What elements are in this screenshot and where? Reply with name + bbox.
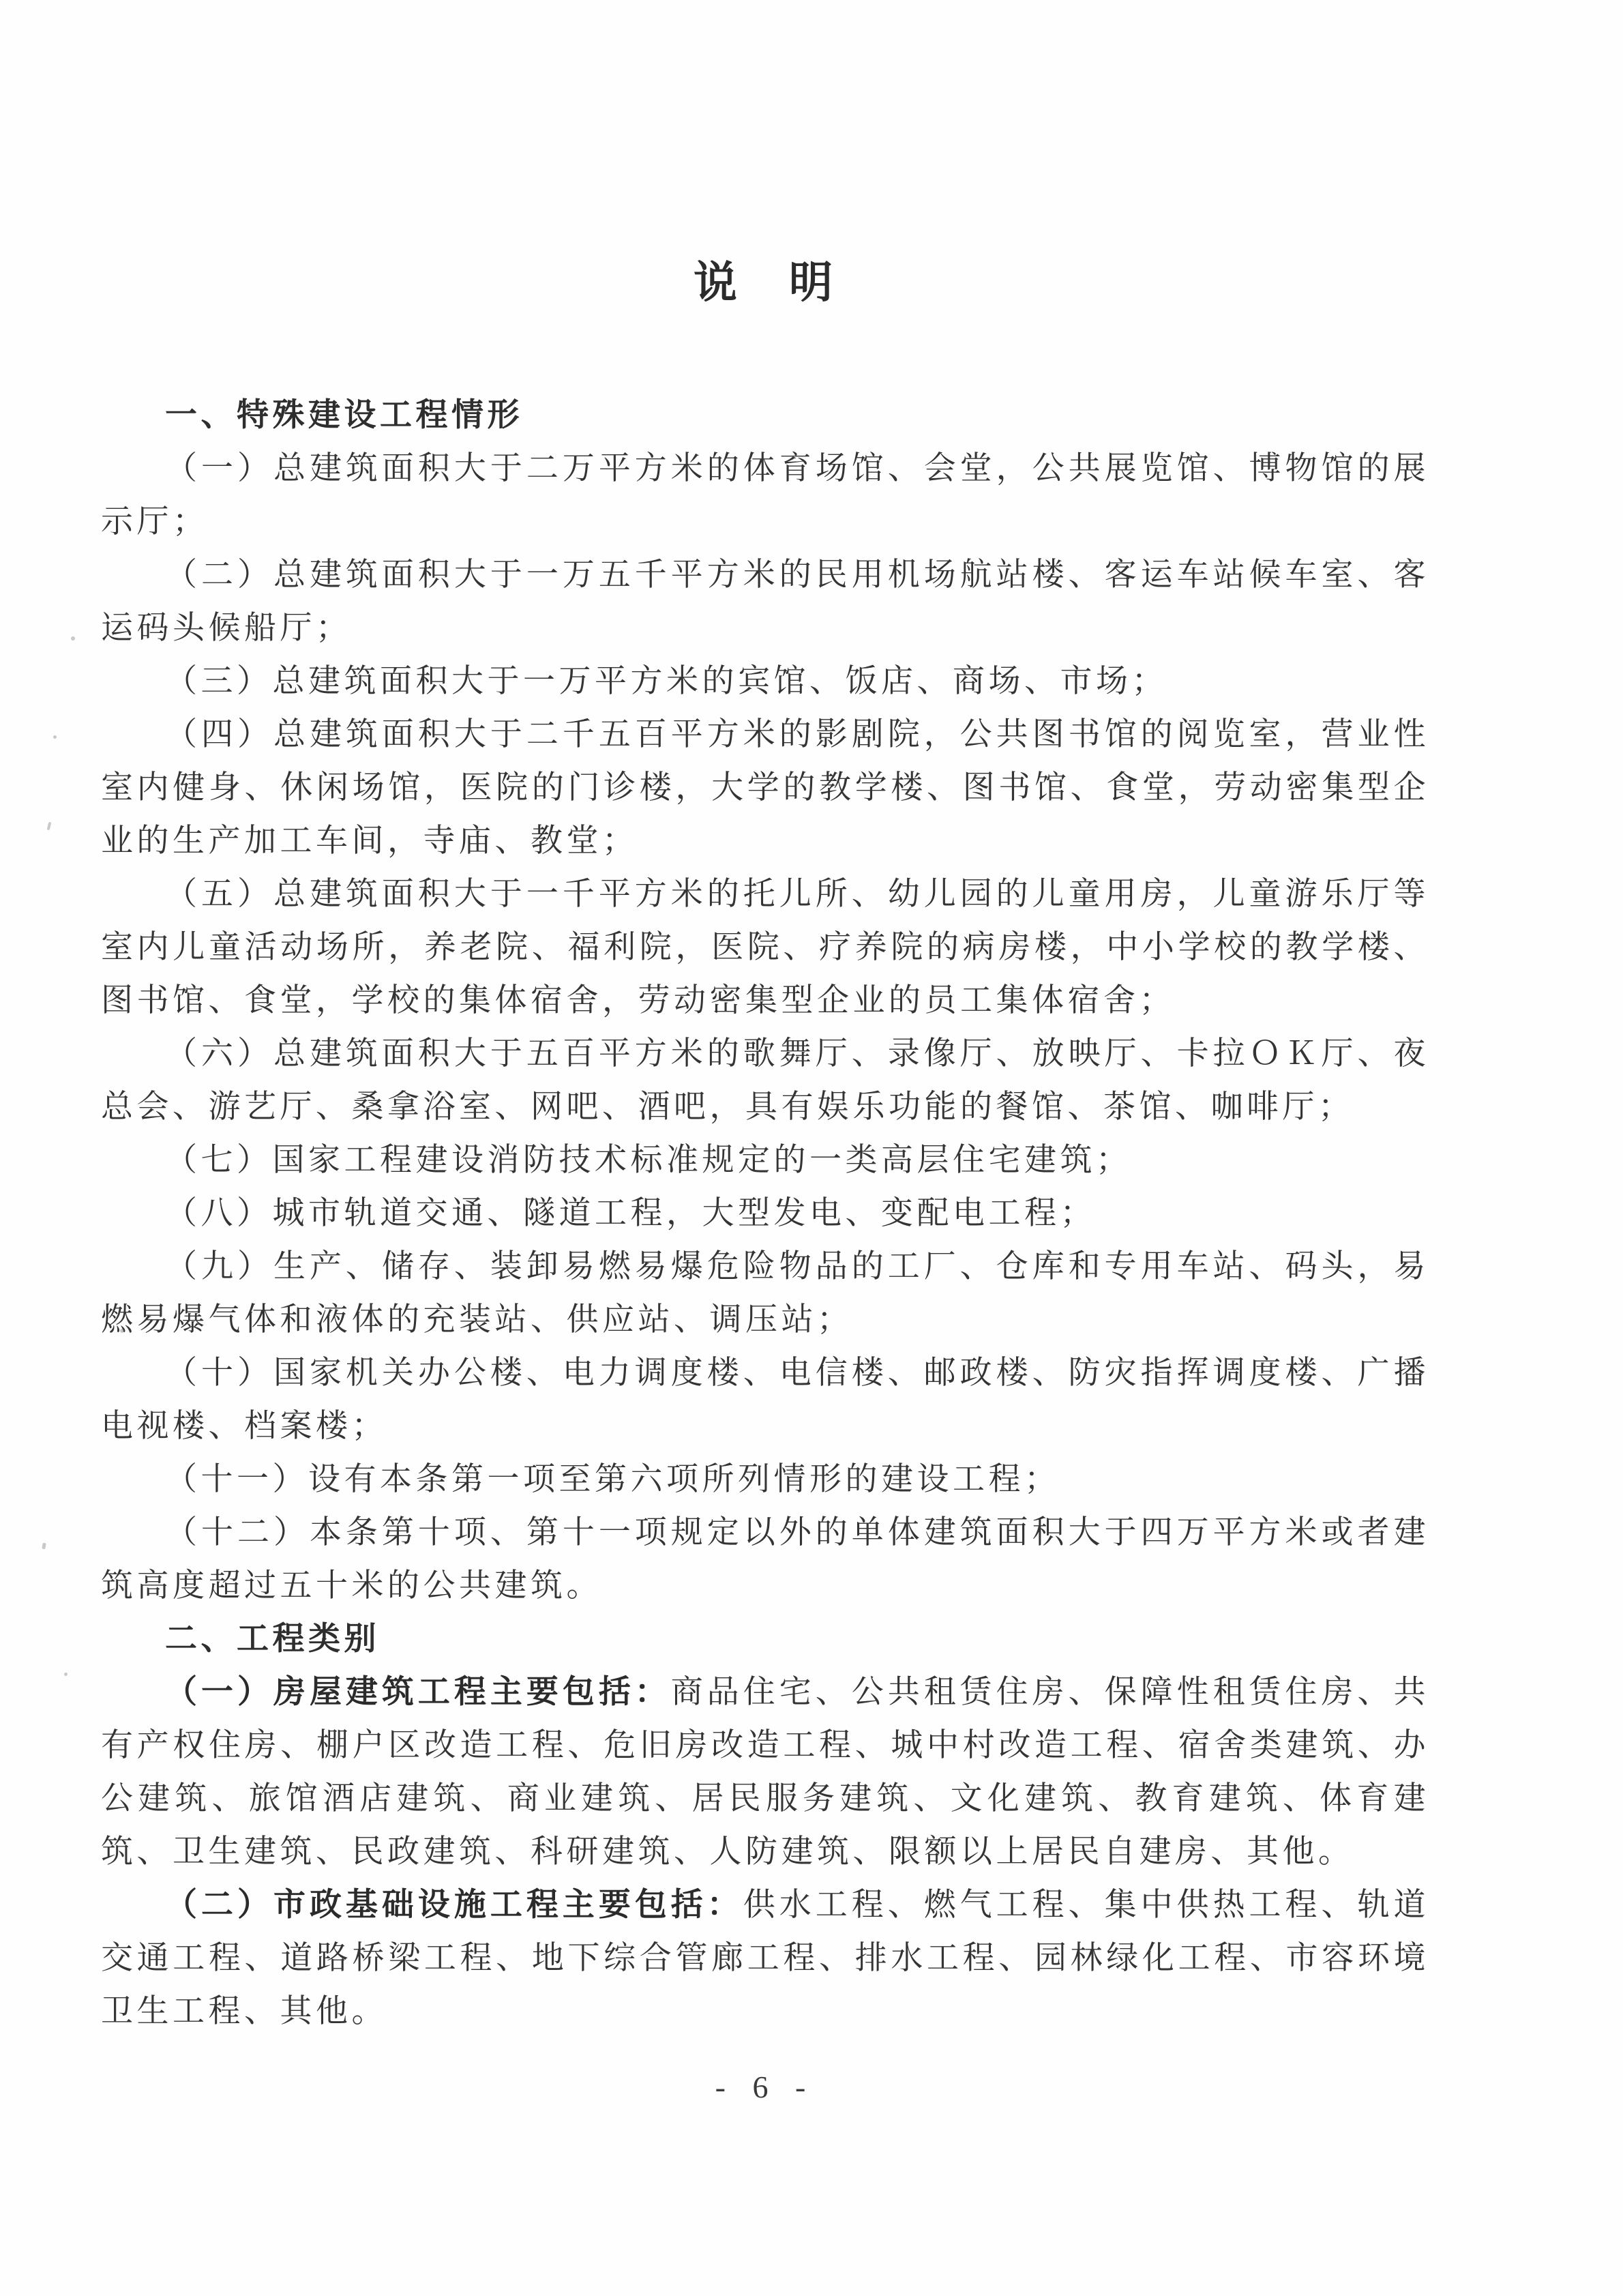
section-special-construction-projects: 一、特殊建设工程情形 （一）总建筑面积大于二万平方米的体育场馆、会堂，公共展览馆… [101, 389, 1429, 1613]
scan-artifact [120, 1329, 124, 1333]
scan-artifact [42, 1543, 46, 1550]
section-heading: 二、工程类别 [101, 1613, 1429, 1666]
list-item: （十二）本条第十项、第十一项规定以外的单体建筑面积大于四万平方米或者建筑高度超过… [101, 1506, 1429, 1613]
list-item: （三）总建筑面积大于一万平方米的宾馆、饭店、商场、市场； [101, 655, 1429, 708]
page-title: 说 明 [101, 259, 1429, 307]
document-page: 说 明 一、特殊建设工程情形 （一）总建筑面积大于二万平方米的体育场馆、会堂，公… [0, 0, 1623, 2296]
scan-artifact [64, 1673, 68, 1676]
list-item: （二）总建筑面积大于一万五千平方米的民用机场航站楼、客运车站候车室、客运码头候船… [101, 548, 1429, 655]
scan-artifact [53, 735, 57, 739]
paragraph-text: （十二）本条第十项、第十一项规定以外的单体建筑面积大于四万平方米或者建筑高度超过… [101, 1515, 1429, 1604]
list-item: （十）国家机关办公楼、电力调度楼、电信楼、邮政楼、防灾指挥调度楼、广播电视楼、档… [101, 1346, 1429, 1453]
list-item: （五）总建筑面积大于一千平方米的托儿所、幼儿园的儿童用房，儿童游乐厅等室内儿童活… [101, 868, 1429, 1027]
list-item: （十一）设有本条第一项至第六项所列情形的建设工程； [101, 1453, 1429, 1506]
paragraph-lead: （一）房屋建筑工程主要包括： [165, 1675, 671, 1710]
section-project-categories: 二、工程类别 （一）房屋建筑工程主要包括：商品住宅、公共租赁住房、保障性租赁住房… [101, 1613, 1429, 2038]
list-item: （一）房屋建筑工程主要包括：商品住宅、公共租赁住房、保障性租赁住房、共有产权住房… [101, 1666, 1429, 1879]
paragraph-text: （一）总建筑面积大于二万平方米的体育场馆、会堂，公共展览馆、博物馆的展示厅； [101, 451, 1429, 540]
scan-artifact [47, 822, 52, 831]
paragraph-text: （七）国家工程建设消防技术标准规定的一类高层住宅建筑； [165, 1143, 1132, 1178]
scan-artifact [71, 636, 75, 641]
paragraph-text: （六）总建筑面积大于五百平方米的歌舞厅、录像厅、放映厅、卡拉ＯＫ厅、夜总会、游艺… [101, 1036, 1429, 1125]
paragraph-text: （八）城市轨道交通、隧道工程，大型发电、变配电工程； [165, 1196, 1096, 1231]
paragraph-text: （三）总建筑面积大于一万平方米的宾馆、饭店、商场、市场； [165, 664, 1167, 699]
list-item: （六）总建筑面积大于五百平方米的歌舞厅、录像厅、放映厅、卡拉ＯＫ厅、夜总会、游艺… [101, 1027, 1429, 1134]
list-item: （四）总建筑面积大于二千五百平方米的影剧院，公共图书馆的阅览室，营业性室内健身、… [101, 708, 1429, 868]
list-item: （一）总建筑面积大于二万平方米的体育场馆、会堂，公共展览馆、博物馆的展示厅； [101, 442, 1429, 548]
paragraph-text: （十一）设有本条第一项至第六项所列情形的建设工程； [165, 1462, 1060, 1497]
paragraph-text: （九）生产、储存、装卸易燃易爆危险物品的工厂、仓库和专用车站、码头，易燃易爆气体… [101, 1249, 1429, 1338]
paragraph-lead: （二）市政基础设施工程主要包括： [165, 1887, 743, 1923]
text-column: 说 明 一、特殊建设工程情形 （一）总建筑面积大于二万平方米的体育场馆、会堂，公… [101, 0, 1429, 2108]
list-item: （八）城市轨道交通、隧道工程，大型发电、变配电工程； [101, 1187, 1429, 1240]
section-heading: 一、特殊建设工程情形 [101, 389, 1429, 442]
paragraph-text: （五）总建筑面积大于一千平方米的托儿所、幼儿园的儿童用房，儿童游乐厅等室内儿童活… [101, 877, 1429, 1018]
page-number: - 6 - [101, 2067, 1429, 2108]
paragraph-text: （二）总建筑面积大于一万五千平方米的民用机场航站楼、客运车站候车室、客运码头候船… [101, 557, 1429, 646]
list-item: （二）市政基础设施工程主要包括：供水工程、燃气工程、集中供热工程、轨道交通工程、… [101, 1879, 1429, 2038]
list-item: （七）国家工程建设消防技术标准规定的一类高层住宅建筑； [101, 1134, 1429, 1187]
list-item: （九）生产、储存、装卸易燃易爆危险物品的工厂、仓库和专用车站、码头，易燃易爆气体… [101, 1240, 1429, 1346]
paragraph-text: （十）国家机关办公楼、电力调度楼、电信楼、邮政楼、防灾指挥调度楼、广播电视楼、档… [101, 1355, 1429, 1444]
paragraph-text: （四）总建筑面积大于二千五百平方米的影剧院，公共图书馆的阅览室，营业性室内健身、… [101, 717, 1429, 859]
